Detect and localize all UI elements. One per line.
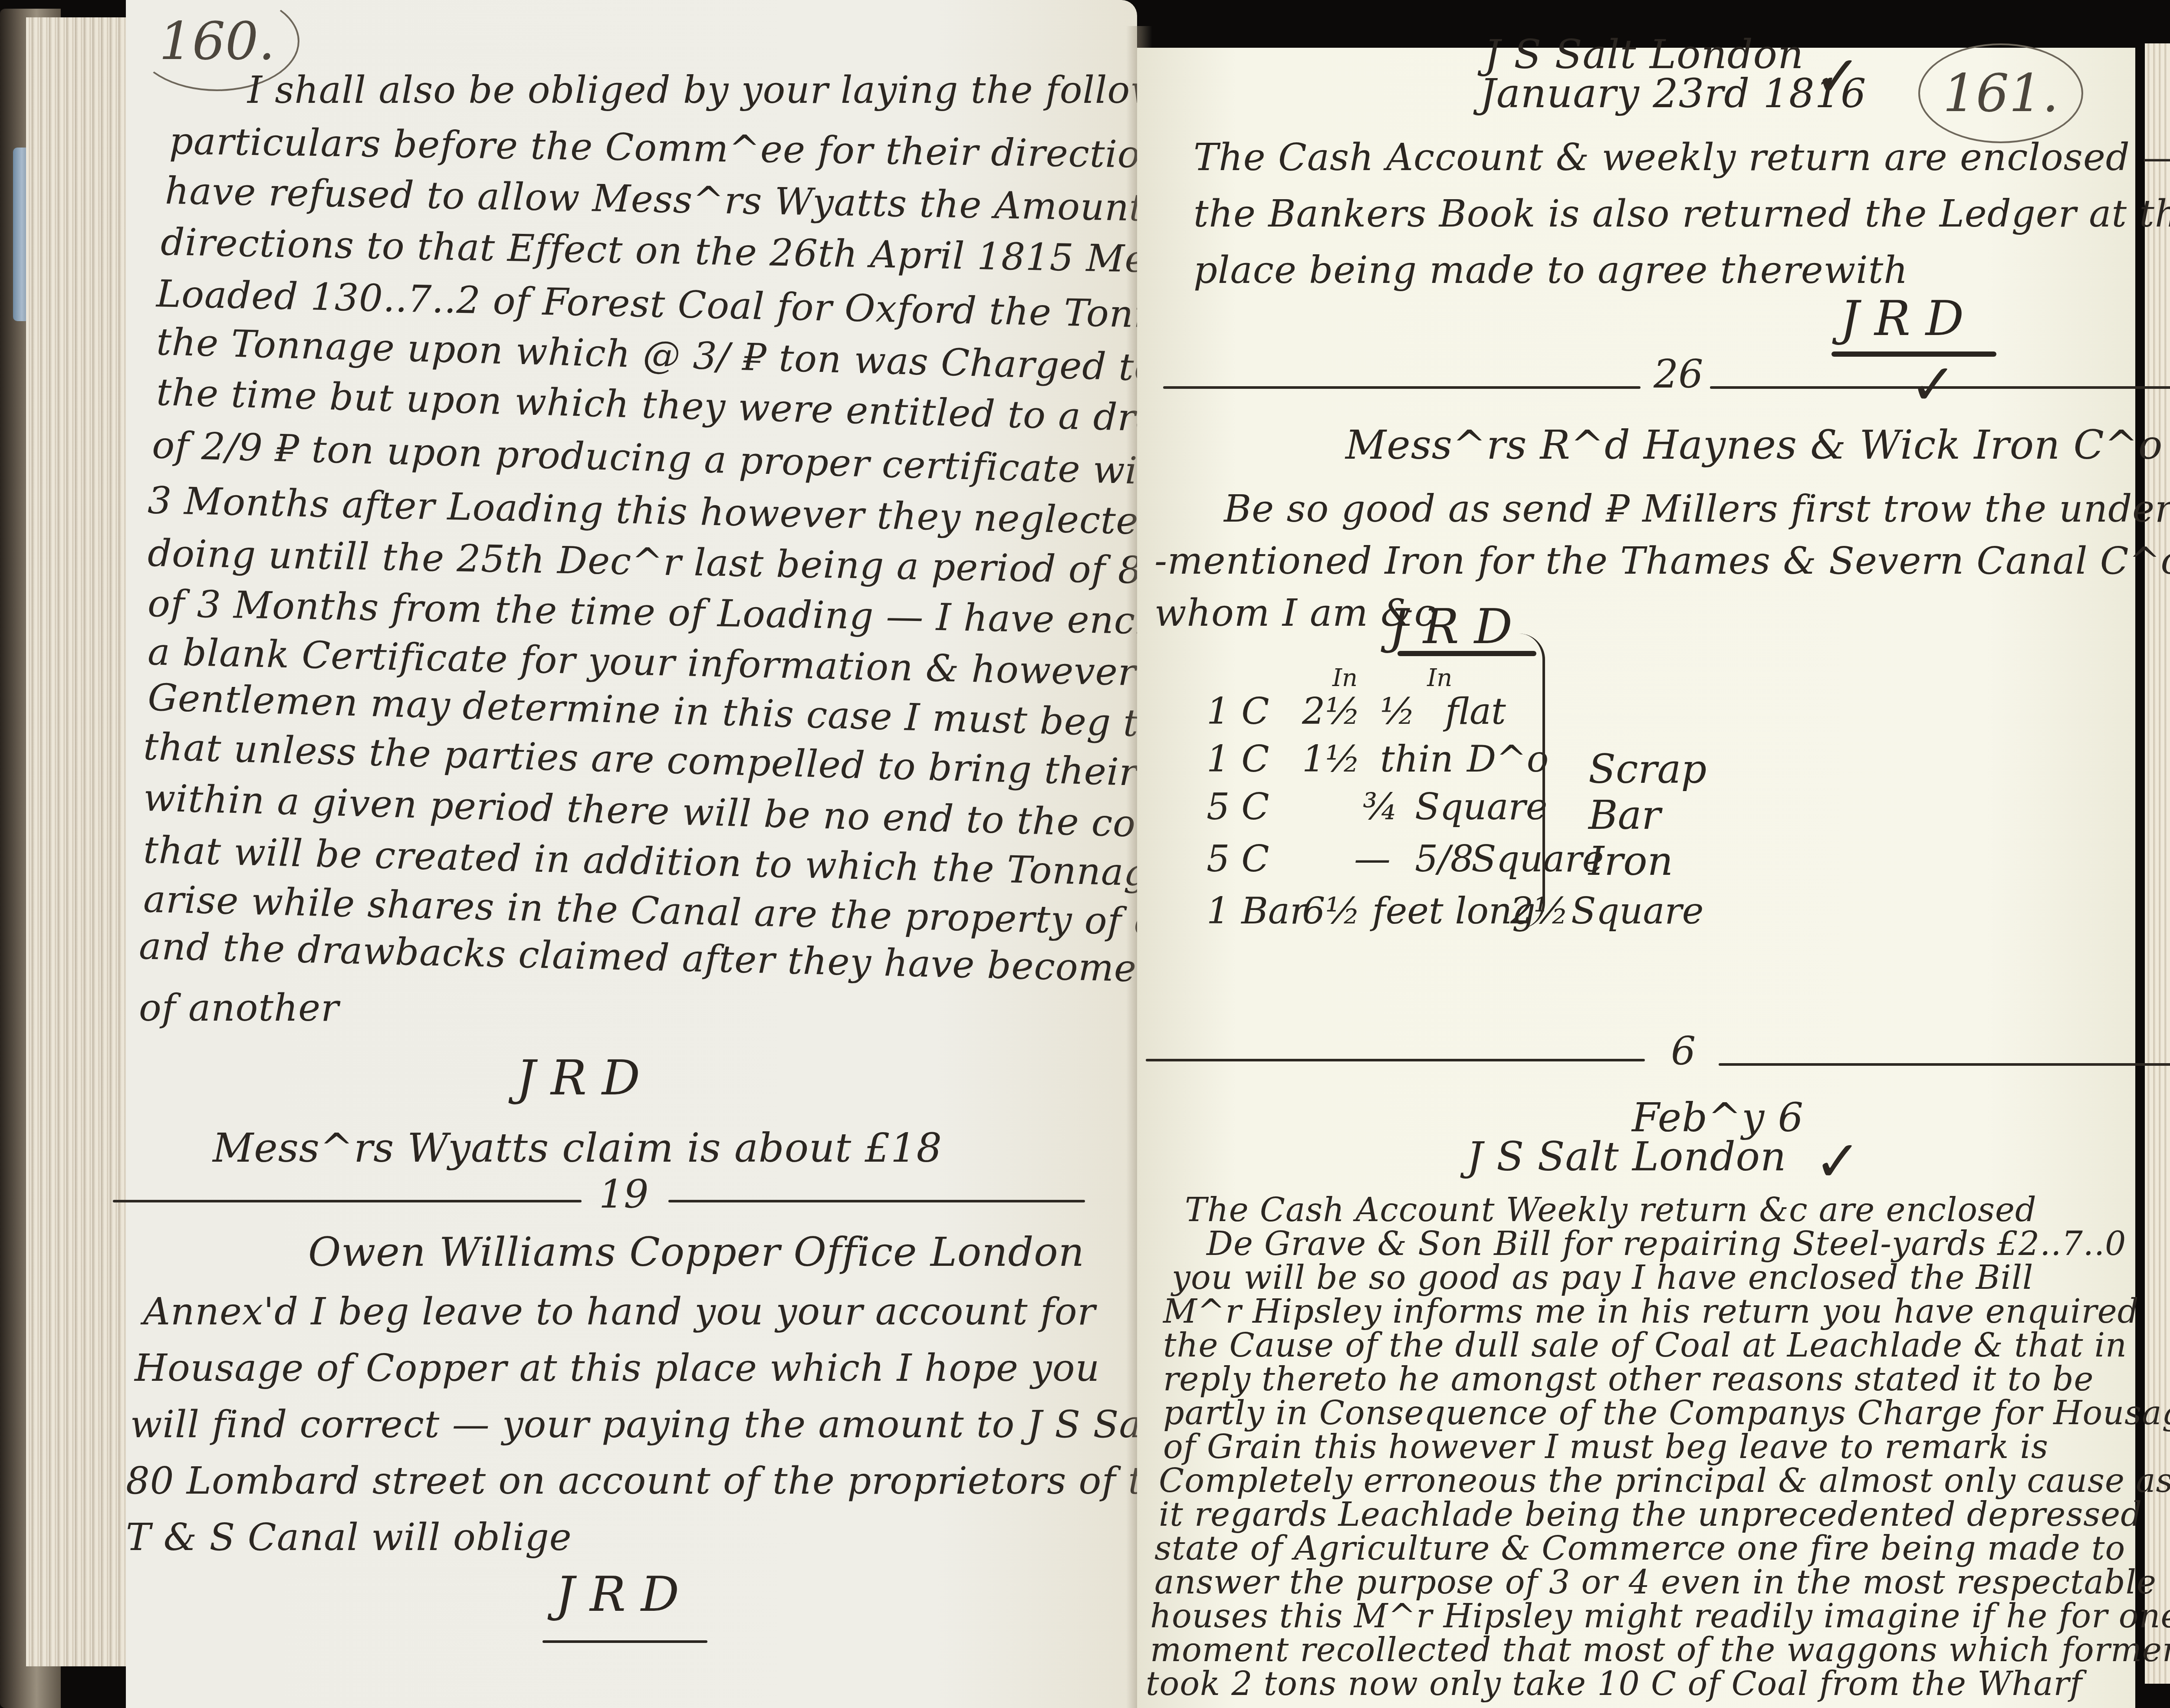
order-row: 1 C 1½ thin D^o [1207, 738, 1549, 780]
checkmark-icon: ✓ [1814, 1128, 1861, 1194]
text-line: answer the purpose of 3 or 4 even in the… [1154, 1566, 2157, 1599]
entry-divider-rule [113, 1200, 582, 1202]
text-line: state of Agriculture & Commerce one fire… [1154, 1532, 2125, 1565]
text-line: of another [139, 989, 339, 1027]
text-line: 3 Months after Loading this however they… [147, 482, 1163, 541]
text-line: you will be so good as pay I have enclos… [1172, 1261, 2033, 1294]
text-line: De Grave & Son Bill for repairing Steel-… [1207, 1227, 2126, 1260]
text-line: the Cause of the dull sale of Coal at Le… [1163, 1329, 2127, 1362]
text-line: 80 Lombard street on account of the prop… [126, 1462, 1190, 1500]
text-line: moment recollected that most of the wagg… [1150, 1633, 2170, 1666]
entry-divider-rule [1146, 1059, 1645, 1061]
order-table-header: In In [1263, 664, 1452, 692]
signature-initials: J R D [1840, 291, 1964, 346]
order-row: 1 C 2½ ½ flat [1207, 690, 1506, 732]
page-stack-right [2145, 43, 2170, 1684]
signature-flourish [542, 1640, 707, 1643]
signature-initials: J R D [556, 1567, 679, 1622]
order-row: 1 Bar 6½ feet long 2½ Square [1207, 890, 1703, 932]
page-stack-left [26, 17, 135, 1666]
text-line: reply thereto he amongst other reasons s… [1163, 1363, 2094, 1396]
text-line: of Grain this however I must beg leave t… [1163, 1430, 2048, 1463]
text-line: particulars before the Comm^ee for their… [169, 122, 1267, 175]
text-line: Housage of Copper at this place which I … [135, 1350, 1100, 1387]
text-line: The Cash Account & weekly return are enc… [1193, 139, 2170, 176]
entry-date: 19 [599, 1172, 649, 1217]
grouping-brace [1519, 634, 1545, 929]
left-page: 160. I shall also be obliged by your lay… [126, 0, 1137, 1708]
text-line: houses this M^r Hipsley might readily im… [1150, 1600, 2170, 1632]
text-line: partly in Consequence of the Companys Ch… [1163, 1396, 2170, 1429]
order-row: 5 C ¾ Square [1207, 785, 1547, 828]
text-line: doing untill the 25th Dec^r last being a… [147, 535, 1296, 592]
postscript-note: Mess^rs Wyatts claim is about £18 [213, 1128, 942, 1168]
entry-date: 26 [1654, 351, 1703, 397]
letter-date: January 23rd 1816 [1480, 74, 1867, 114]
text-line: Be so good as send ₽ Millers first trow … [1224, 490, 2170, 528]
text-line: M^r Hipsley informs me in his return you… [1163, 1295, 2139, 1328]
text-line: Completely erroneous the principal & alm… [1159, 1464, 2170, 1497]
column-header: In [1427, 664, 1452, 692]
checkmark-icon: ✓ [1814, 43, 1861, 109]
entry-date: 6 [1671, 1028, 1696, 1074]
letter-addressee: Mess^rs R^d Haynes & Wick Iron C^o Brist… [1345, 425, 2170, 465]
entry-divider-rule [1163, 386, 1641, 389]
column-header: In [1332, 664, 1358, 692]
text-line: I shall also be obliged by your laying t… [247, 72, 1224, 109]
text-line: -mentioned Iron for the Thames & Severn … [1154, 542, 2170, 580]
signature-initials: J R D [516, 1050, 640, 1106]
text-line: it regards Leachlade being the unprecede… [1159, 1498, 2142, 1531]
text-line: T & S Canal will oblige [126, 1519, 572, 1556]
folio-number-right: 161. [1918, 43, 2083, 143]
letter-addressee: J S Salt London [1484, 35, 1804, 75]
text-line: place being made to agree therewith [1193, 252, 1908, 289]
checkmark-icon: ✓ [1910, 351, 1957, 417]
letter-date: Feb^y 6 [1632, 1098, 1804, 1138]
entry-divider-rule [1719, 1063, 2170, 1066]
text-line: the Bankers Book is also returned the Le… [1193, 195, 2170, 233]
letter-addressee: J S Salt London [1467, 1137, 1786, 1177]
text-line: will find correct — your paying the amou… [130, 1406, 1253, 1443]
letter-addressee: Owen Williams Copper Office London [308, 1232, 1085, 1272]
brace-label: Scrap Bar Iron [1588, 746, 1706, 884]
signature-flourish [1397, 651, 1536, 656]
entry-divider-rule [668, 1200, 1085, 1202]
text-line: took 2 tons now only take 10 C of Coal f… [1146, 1667, 2082, 1700]
text-line: of 3 Months from the time of Loading — I… [147, 585, 1237, 641]
right-page: 161. J S Salt London January 23rd 1816 ✓… [1137, 48, 2135, 1708]
signature-initials: J R D [1389, 599, 1512, 654]
text-line: Annex'd I beg leave to hand you your acc… [143, 1293, 1096, 1330]
text-line: The Cash Account Weekly return &c are en… [1185, 1193, 2037, 1226]
